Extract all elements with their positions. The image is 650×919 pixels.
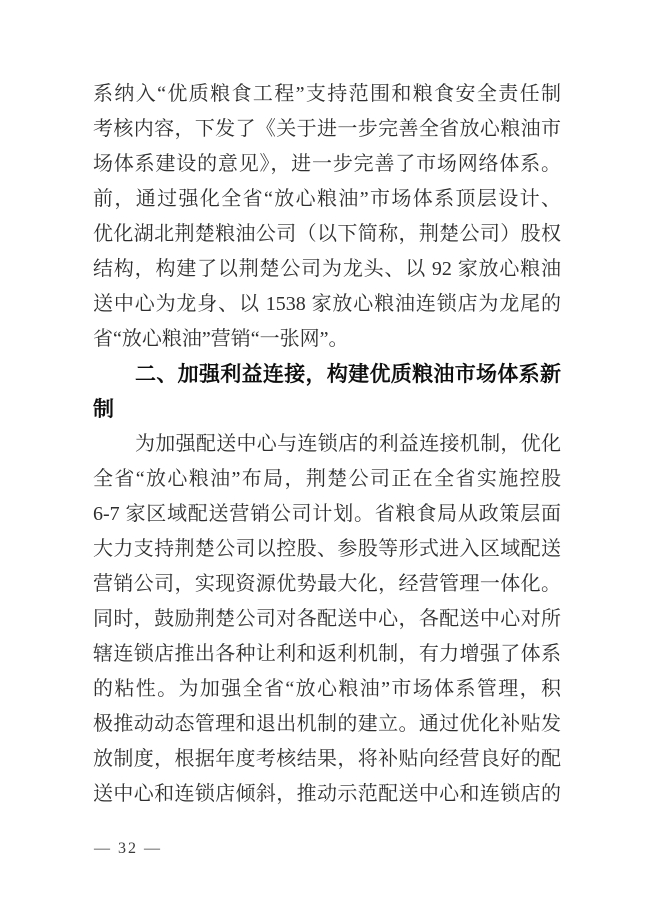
paragraph2-line-4: 大力支持荆楚公司以控股、参股等形式进入区域配送 [93, 532, 561, 567]
paragraph1-line-6: 结构，构建了以荆楚公司为龙头、以 92 家放心粮油配 [93, 252, 561, 287]
paragraph2-line-7: 辖连锁店推出各种让利和返利机制，有力增强了体系 [93, 637, 561, 672]
paragraph2-line-9: 极推动动态管理和退出机制的建立。通过优化补贴发 [93, 707, 561, 742]
paragraph1-line-4: 前，通过强化全省“放心粮油”市场体系顶层设计、 [93, 182, 561, 217]
paragraph2-line-1: 为加强配送中心与连锁店的利益连接机制，优化 [93, 427, 561, 462]
paragraph2-line-6: 同时，鼓励荆楚公司对各配送中心，各配送中心对所 [93, 602, 561, 637]
section-heading-line-2: 制 [93, 392, 561, 427]
paragraph2-line-3: 6-7 家区域配送营销公司计划。省粮食局从政策层面 [93, 497, 561, 532]
paragraph2-line-11: 送中心和连锁店倾斜，推动示范配送中心和连锁店的 [93, 777, 561, 812]
paragraph1-line-8: 省“放心粮油”营销“一张网”。 [93, 322, 561, 357]
paragraph2-line-8: 的粘性。为加强全省“放心粮油”市场体系管理，积 [93, 672, 561, 707]
document-page: 系纳入“优质粮食工程”支持范围和粮食安全责任制 考核内容，下发了《关于进一步完善… [0, 0, 650, 919]
paragraph1-line-1: 系纳入“优质粮食工程”支持范围和粮食安全责任制 [93, 77, 561, 112]
paragraph2-line-10: 放制度，根据年度考核结果，将补贴向经营良好的配 [93, 742, 561, 777]
paragraph1-line-3: 场体系建设的意见》，进一步完善了市场网络体系。目 [93, 147, 561, 182]
section-heading-line-1: 二、加强利益连接，构建优质粮油市场体系新机 [93, 357, 561, 392]
paragraph2-line-5: 营销公司，实现资源优势最大化，经营管理一体化。 [93, 567, 561, 602]
paragraph1-line-2: 考核内容，下发了《关于进一步完善全省放心粮油市 [93, 112, 561, 147]
page-text-block: 系纳入“优质粮食工程”支持范围和粮食安全责任制 考核内容，下发了《关于进一步完善… [93, 77, 561, 812]
page-number: — 32 — [94, 837, 162, 861]
paragraph2-line-2: 全省“放心粮油”布局，荆楚公司正在全省实施控股 [93, 462, 561, 497]
paragraph1-line-7: 送中心为龙身、以 1538 家放心粮油连锁店为龙尾的全 [93, 287, 561, 322]
paragraph1-line-5: 优化湖北荆楚粮油公司（以下简称，荆楚公司）股权 [93, 217, 561, 252]
